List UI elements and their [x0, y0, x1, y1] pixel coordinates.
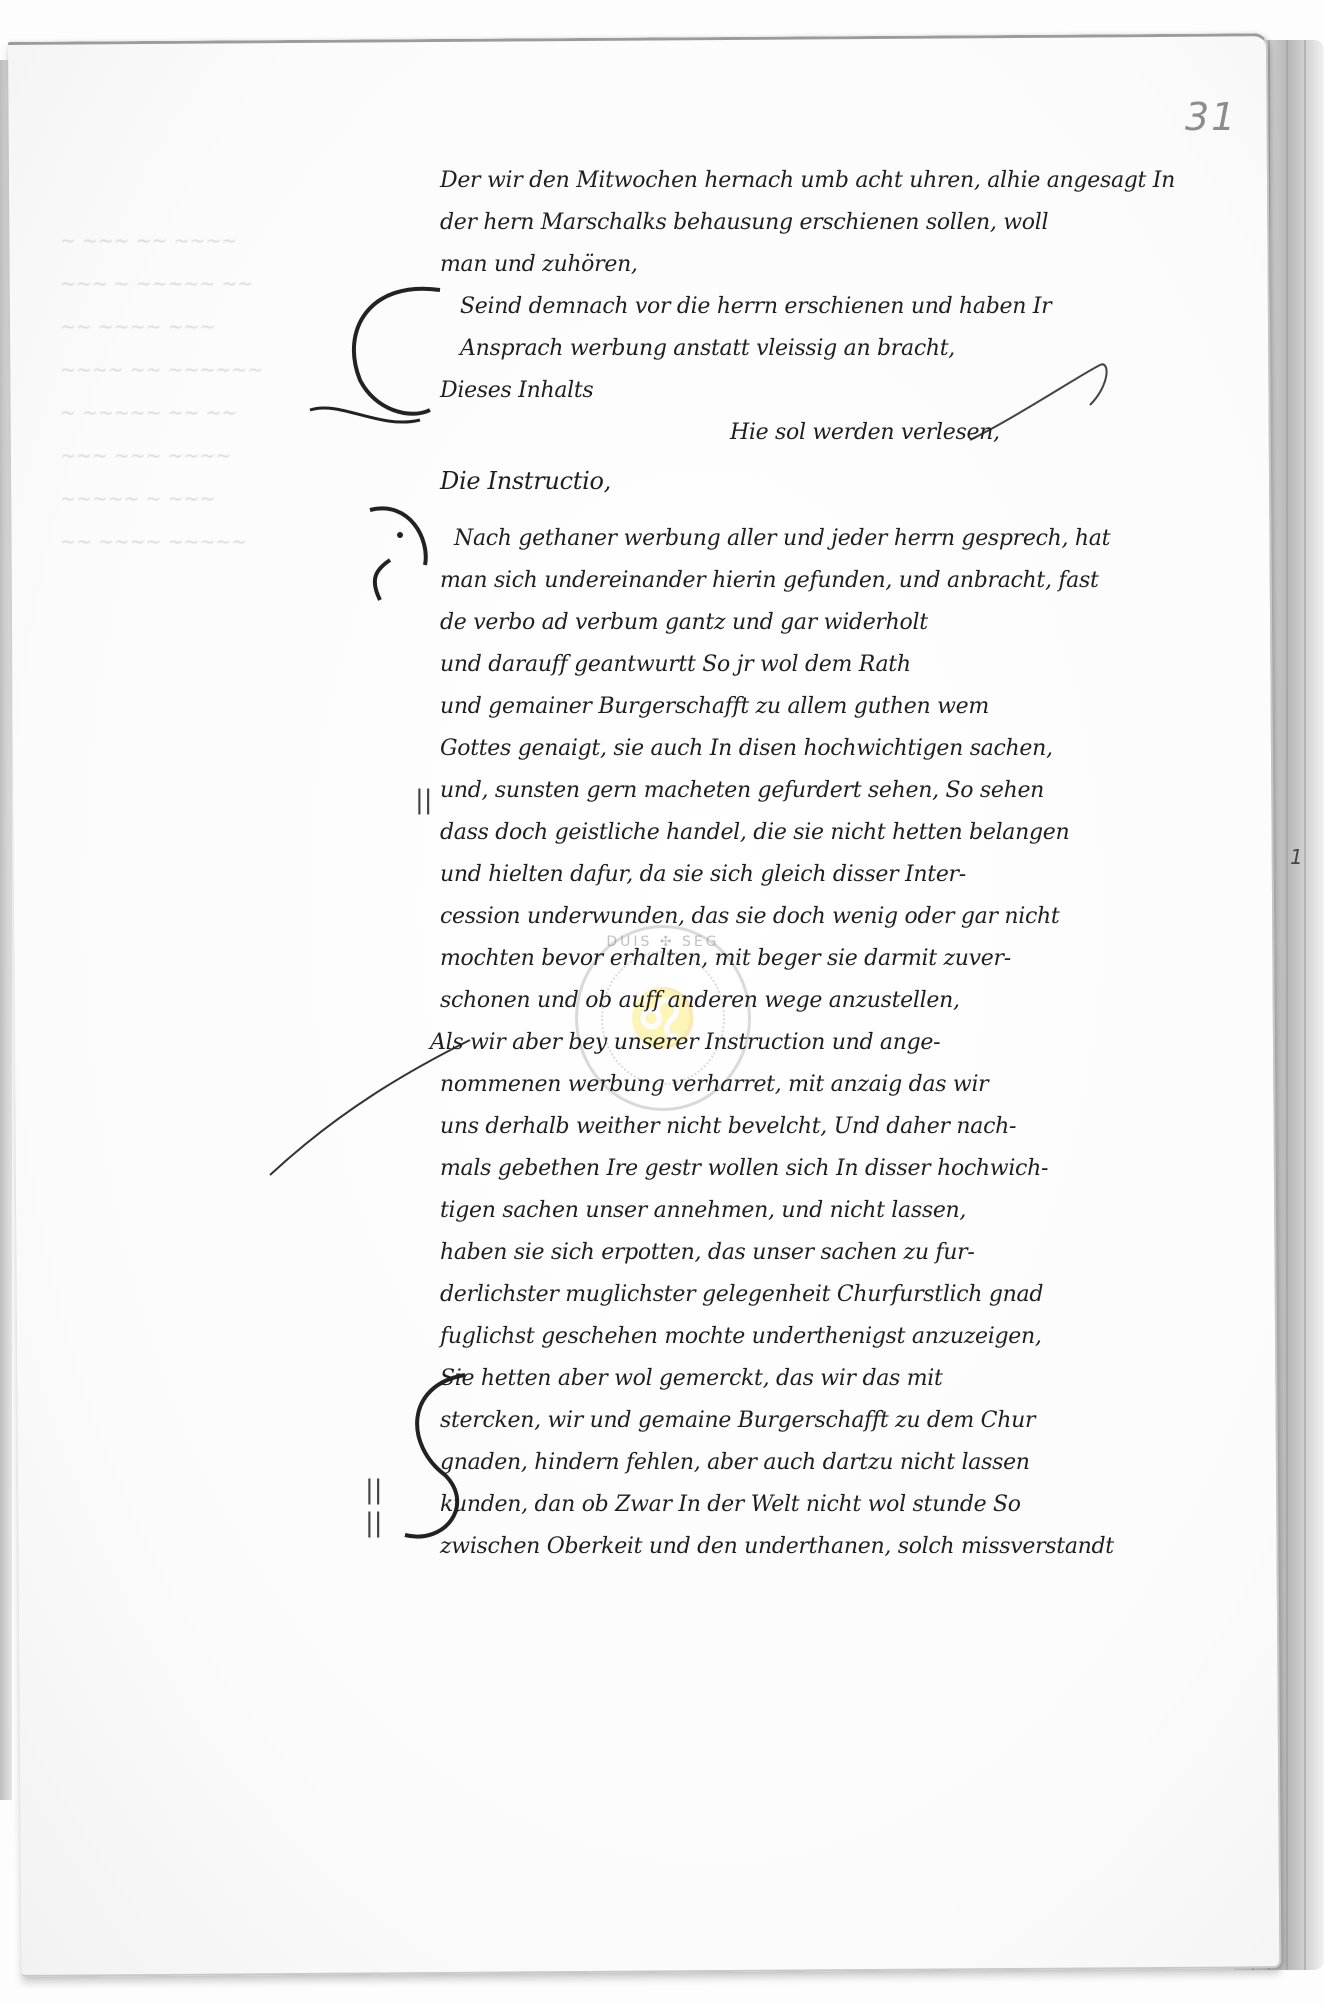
text-line: und darauff geantwurtt So jr wol dem Rat… [440, 644, 1260, 686]
text-line: uns derhalb weither nicht bevelcht, Und … [440, 1106, 1260, 1148]
text-line: derlichster muglichster gelegenheit Chur… [440, 1274, 1260, 1316]
spacer [440, 502, 1260, 518]
text-line: Dieses Inhalts [440, 370, 1260, 412]
text-line: und, sunsten gern macheten gefurdert seh… [440, 770, 1260, 812]
text-line: stercken, wir und gemaine Burgerschafft … [440, 1400, 1260, 1442]
text-line: Hie sol werden verlesen, [440, 412, 1260, 454]
text-line: Gottes genaigt, sie auch In disen hochwi… [440, 728, 1260, 770]
text-line: man sich undereinander hierin gefunden, … [440, 560, 1260, 602]
text-line: Ansprach werbung anstatt vleissig an bra… [460, 328, 1260, 370]
text-line: Sie hetten aber wol gemerckt, das wir da… [440, 1358, 1260, 1400]
text-line: man und zuhören, [440, 244, 1260, 286]
text-line: nommenen werbung verharret, mit anzaig d… [440, 1064, 1260, 1106]
text-line: der hern Marschalks behausung erschienen… [440, 202, 1260, 244]
text-line: haben sie sich erpotten, das unser sache… [440, 1232, 1260, 1274]
text-line: Der wir den Mitwochen hernach umb acht u… [440, 160, 1260, 202]
text-line: Als wir aber bey unserer Instruction und… [430, 1022, 1260, 1064]
text-line: gnaden, hindern fehlen, aber auch dartzu… [440, 1442, 1260, 1484]
text-line: Nach gethaner werbung aller und jeder he… [454, 518, 1260, 560]
margin-mark: || [365, 1475, 383, 1505]
text-line: kunden, dan ob Zwar In der Welt nicht wo… [440, 1484, 1260, 1526]
text-line: de verbo ad verbum gantz und gar widerho… [440, 602, 1260, 644]
section-title: Die Instructio, [440, 460, 1260, 502]
text-line: zwischen Oberkeit und den underthanen, s… [440, 1526, 1260, 1568]
margin-mark: || [365, 1508, 383, 1538]
text-line: mochten bevor erhalten, mit beger sie da… [440, 938, 1260, 980]
folio-number: 31 [1185, 95, 1237, 139]
text-line: cession underwunden, das sie doch wenig … [440, 896, 1260, 938]
text-line: mals gebethen Ire gestr wollen sich In d… [440, 1148, 1260, 1190]
text-line: fuglichst geschehen mochte underthenigst… [440, 1316, 1260, 1358]
initial-n-flourish-icon [330, 490, 440, 630]
bleed-line: ~ ~~~ ~~ ~~~~ [60, 220, 390, 263]
text-line: schonen und ob auff anderen wege anzuste… [440, 980, 1260, 1022]
manuscript-text: Der wir den Mitwochen hernach umb acht u… [440, 160, 1260, 1568]
text-line: und hielten dafur, da sie sich gleich di… [440, 854, 1260, 896]
margin-mark: 1 [1290, 845, 1303, 869]
page-edge-line [1286, 40, 1288, 1970]
text-line: dass doch geistliche handel, die sie nic… [440, 812, 1260, 854]
text-line: tigen sachen unser annehmen, und nicht l… [440, 1190, 1260, 1232]
page-edge-line [1304, 40, 1306, 1970]
initial-flourish-icon [300, 270, 460, 450]
margin-mark: || [415, 785, 433, 815]
text-line: und gemainer Burgerschafft zu allem guth… [440, 686, 1260, 728]
text-line: Seind demnach vor die herrn erschienen u… [460, 286, 1260, 328]
